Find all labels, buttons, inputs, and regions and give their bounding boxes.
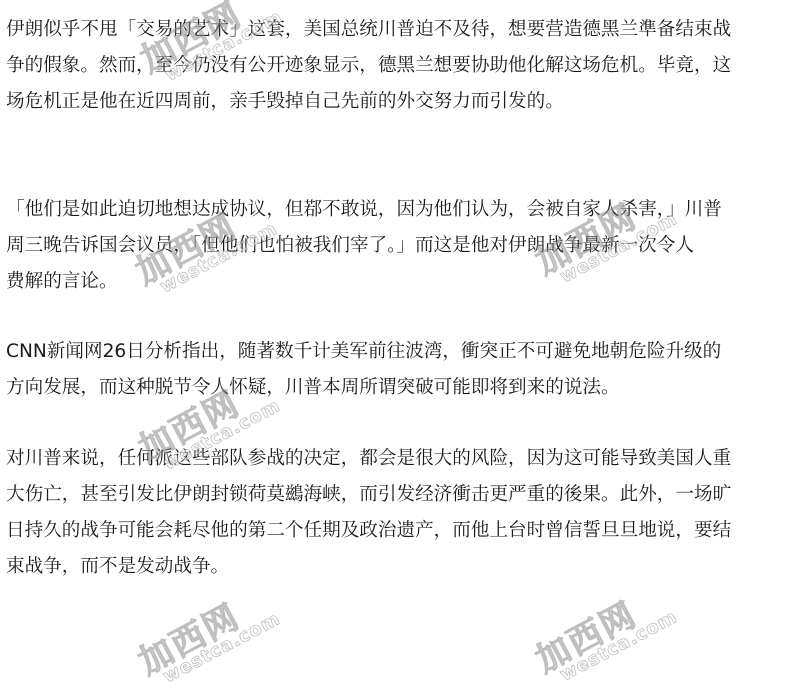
text-line: 对川普来说，任何派这些部队参战的决定，都会是很大的风险，因为这可能导致美国人重 — [6, 441, 731, 477]
text-line: 场危机正是他在近四周前，亲手毁掉自己先前的外交努力而引发的。 — [6, 84, 731, 120]
paragraph-4: 对川普来说，任何派这些部队参战的决定，都会是很大的风险，因为这可能导致美国人重 … — [6, 441, 731, 585]
text-line: 大伤亡，甚至引发比伊朗封锁荷莫鷀海峡，而引发经济衝击更严重的後果。此外，一场旷 — [6, 477, 731, 513]
text-line: 争的假象。然而，至今仍没有公开迹象显示，德黑兰想要协助他化解这场危机。毕竟，这 — [6, 48, 731, 84]
watermark-en-text: westca.com — [557, 606, 681, 685]
text-line: 伊朗似乎不甩「交易的艺术」这套，美国总统川普迫不及待，想要营造德黑兰準备结束战 — [6, 12, 731, 48]
text-line: 「他们是如此迫切地想达成协议，但鄀不敢说，因为他们认为，会被自家人杀害，」川普 — [6, 192, 722, 228]
text-line: 费解的言论。 — [6, 264, 722, 300]
watermark-cn-text: 加西网 — [526, 588, 644, 682]
watermark-logo: 加西网 westca.com — [129, 584, 268, 696]
text-line: CNN新闻网26日分析指出，随著数千计美军前往波湾，衝突正不可避免地朝危险升级的 — [6, 334, 721, 370]
paragraph-2: 「他们是如此迫切地想达成协议，但鄀不敢说，因为他们认为，会被自家人杀害，」川普 … — [6, 192, 722, 300]
paragraph-1: 伊朗似乎不甩「交易的艺术」这套，美国总统川普迫不及待，想要营造德黑兰準备结束战 … — [6, 12, 731, 120]
watermark-en-text: westca.com — [160, 608, 284, 687]
text-line: 日持久的战争可能会耗尽他的第二个任期及政治遗产，而他上台时曾信誓旦旦地说，要结 — [6, 513, 731, 549]
text-line: 方向发展，而这种脱节令人怀疑，川普本周所谓突破可能即将到来的说法。 — [6, 370, 721, 406]
text-line: 周三晚告诉国会议员，「但他们也怕被我们宰了。」而这是他对伊朗战争最新一次令人 — [6, 228, 722, 264]
text-line: 束战争，而不是发动战争。 — [6, 549, 731, 585]
paragraph-3: CNN新闻网26日分析指出，随著数千计美军前往波湾，衝突正不可避免地朝危险升级的… — [6, 334, 721, 406]
watermark-logo: 加西网 westca.com — [526, 582, 665, 696]
watermark-cn-text: 加西网 — [129, 590, 247, 684]
